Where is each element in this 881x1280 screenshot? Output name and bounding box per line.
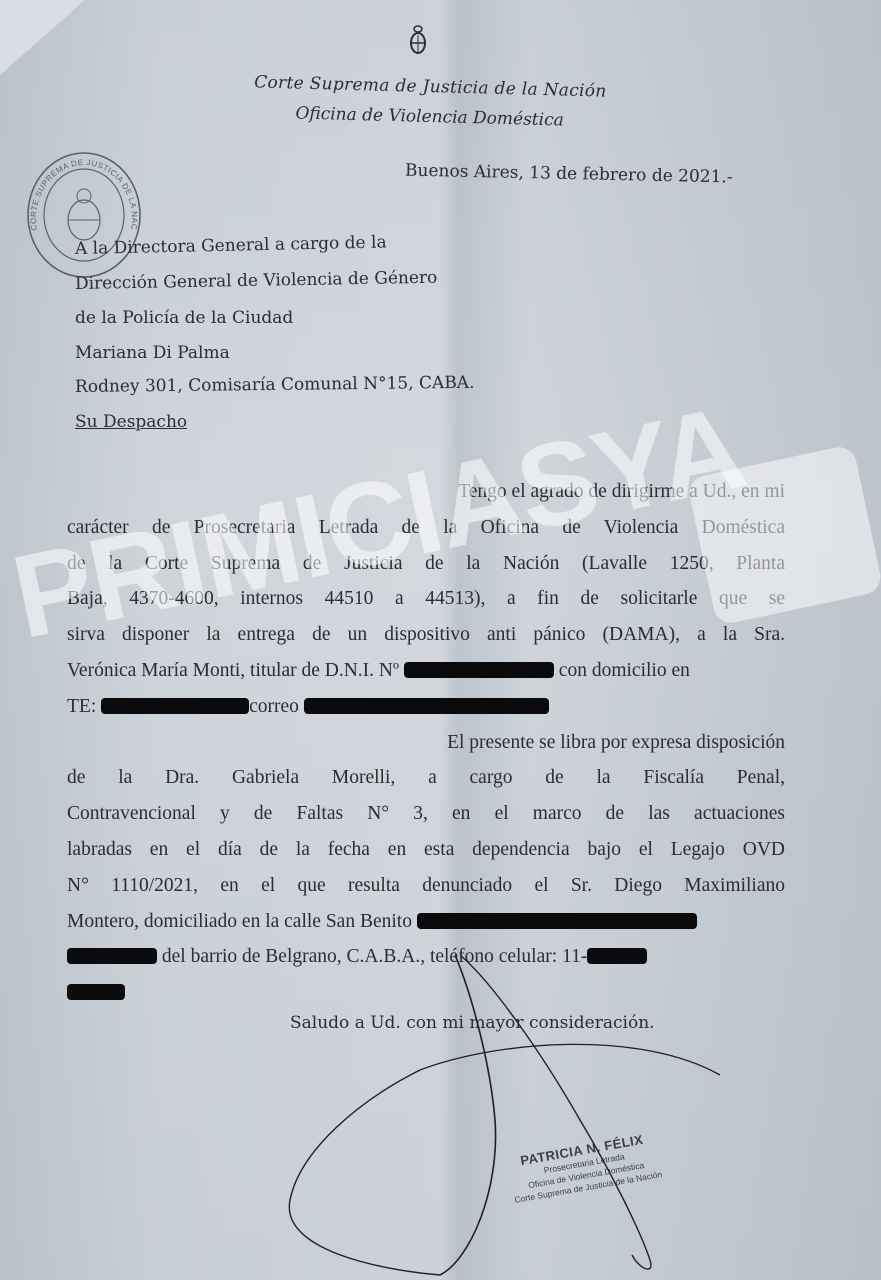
addressee-line: de la Policía de la Ciudad <box>75 301 474 336</box>
body-text-fragment: con domicilio en <box>559 660 690 681</box>
body-line: labradas en el día de la fecha en esta d… <box>67 832 785 868</box>
body-text-fragment: Montero, domiciliado en la calle San Ben… <box>67 911 412 932</box>
body-line: del barrio de Belgrano, C.A.B.A., teléfo… <box>67 939 785 975</box>
body-line: sirva disponer la entrega de un disposit… <box>67 617 785 653</box>
closing-salutation: Saludo a Ud. con mi mayor consideración. <box>290 1013 655 1033</box>
body-text-fragment: TE: <box>67 696 96 717</box>
svg-text:CORTE SUPREMA DE JUSTICIA DE L: CORTE SUPREMA DE JUSTICIA DE LA NACION <box>25 150 139 231</box>
redacted-cellphone-cont <box>67 984 125 1000</box>
body-line: TE: correo <box>67 689 785 725</box>
redacted-phone <box>101 698 249 714</box>
body-line: Baja, 4370-4600, internos 44510 a 44513)… <box>67 581 785 617</box>
body-line: Tengo el agrado de dirigirme a Ud., en m… <box>67 474 785 510</box>
paper-corner-fold <box>0 0 85 75</box>
addressee-address: Rodney 301, Comisaría Comunal N°15, CABA… <box>75 366 475 405</box>
body-line: Verónica María Monti, titular de D.N.I. … <box>67 653 785 689</box>
redacted-email <box>304 698 549 714</box>
addressee-salutation: Su Despacho <box>75 405 474 440</box>
body-text-fragment: Verónica María Monti, titular de D.N.I. … <box>67 660 399 681</box>
redacted-cellphone <box>587 948 647 964</box>
addressee-name: Mariana Di Palma <box>75 336 474 371</box>
body-line: El presente se libra por expresa disposi… <box>67 725 785 761</box>
addressee-block: A la Directora General a cargo de la Dir… <box>75 232 474 439</box>
body-text-fragment: correo <box>249 696 299 717</box>
addressee-line: Dirección General de Violencia de Género <box>75 260 475 301</box>
body-line: Montero, domiciliado en la calle San Ben… <box>67 904 785 940</box>
redacted-address-cont <box>67 948 157 964</box>
letterhead: Corte Suprema de Justicia de la Nación O… <box>229 67 630 137</box>
body-line: carácter de Prosecretaria Letrada de la … <box>67 510 785 546</box>
redacted-address <box>417 913 697 929</box>
letter-body: Tengo el agrado de dirigirme a Ud., en m… <box>67 474 785 1011</box>
body-line: N° 1110/2021, en el que resulta denuncia… <box>67 868 785 904</box>
argentina-coat-of-arms-icon <box>408 22 428 56</box>
body-line: de la Corte Suprema de Justicia de la Na… <box>67 546 785 582</box>
body-line: de la Dra. Gabriela Morelli, a cargo de … <box>67 760 785 796</box>
body-line: Contravencional y de Faltas N° 3, en el … <box>67 796 785 832</box>
body-text-fragment: del barrio de Belgrano, C.A.B.A., teléfo… <box>162 946 587 967</box>
redacted-dni <box>404 662 554 678</box>
body-line <box>67 975 785 1011</box>
